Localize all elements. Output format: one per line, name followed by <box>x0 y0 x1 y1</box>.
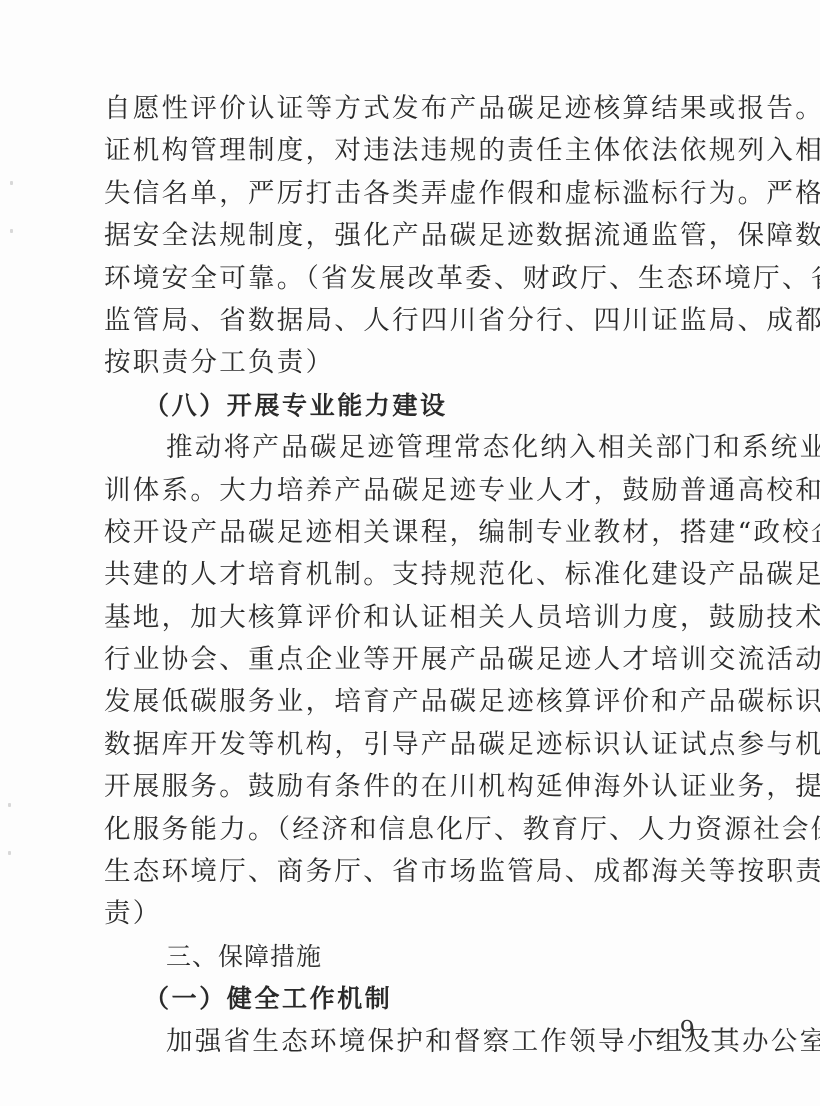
page-number: — 9 — <box>640 1016 739 1044</box>
document-page: 自愿性评价认证等方式发布产品碳足迹核算结果或报告。落实认 证机构管理制度，对违法… <box>0 0 820 1106</box>
subheading-8: （八）开展专业能力建设 <box>104 385 728 427</box>
text-line: 基地，加大核算评价和认证相关人员培训力度，鼓励技术机构、 <box>104 597 728 639</box>
binding-mark <box>10 229 13 233</box>
binding-mark <box>10 181 13 185</box>
binding-mark <box>8 803 11 807</box>
text-line: 校开设产品碳足迹相关课程，编制专业教材，搭建“政校企协” <box>104 512 728 554</box>
text-line: 推动将产品碳足迹管理常态化纳入相关部门和系统业务培 <box>104 427 728 469</box>
text-line: 加强省生态环境保护和督察工作领导小组及其办公室对产 <box>104 1021 728 1063</box>
text-line: 按职责分工负责） <box>104 342 728 384</box>
text-line: 证机构管理制度，对违法违规的责任主体依法依规列入相关严重 <box>104 130 728 172</box>
text-line: 失信名单，严厉打击各类弄虚作假和虚标滥标行为。严格落实数 <box>104 173 728 215</box>
text-line: 化服务能力。（经济和信息化厅、教育厅、人力资源社会保障厅、 <box>104 809 728 851</box>
text-line: 责） <box>104 893 728 935</box>
text-line: 监管局、省数据局、人行四川省分行、四川证监局、成都海关等 <box>104 300 728 342</box>
text-line: 共建的人才培育机制。支持规范化、标准化建设产品碳足迹培训 <box>104 554 728 596</box>
text-line: 行业协会、重点企业等开展产品碳足迹人才培训交流活动。大力 <box>104 639 728 681</box>
text-line: 数据库开发等机构，引导产品碳足迹标识认证试点参与机构规范 <box>104 724 728 766</box>
text-line: 据安全法规制度，强化产品碳足迹数据流通监管，保障数据交换 <box>104 215 728 257</box>
binding-mark <box>8 851 11 855</box>
text-line: 训体系。大力培养产品碳足迹专业人才，鼓励普通高校和职业学 <box>104 470 728 512</box>
text-line: 生态环境厅、商务厅、省市场监管局、成都海关等按职责分工负 <box>104 851 728 893</box>
section-heading-3: 三、保障措施 <box>104 936 728 978</box>
text-line: 自愿性评价认证等方式发布产品碳足迹核算结果或报告。落实认 <box>104 88 728 130</box>
text-line: 开展服务。鼓励有条件的在川机构延伸海外认证业务，提升国际 <box>104 766 728 808</box>
text-line: 环境安全可靠。（省发展改革委、财政厅、生态环境厅、省市场 <box>104 258 728 300</box>
text-line: 发展低碳服务业，培育产品碳足迹核算评价和产品碳标识认证、 <box>104 681 728 723</box>
subheading-3-1: （一）健全工作机制 <box>104 978 728 1020</box>
document-body: 自愿性评价认证等方式发布产品碳足迹核算结果或报告。落实认 证机构管理制度，对违法… <box>104 88 728 1063</box>
